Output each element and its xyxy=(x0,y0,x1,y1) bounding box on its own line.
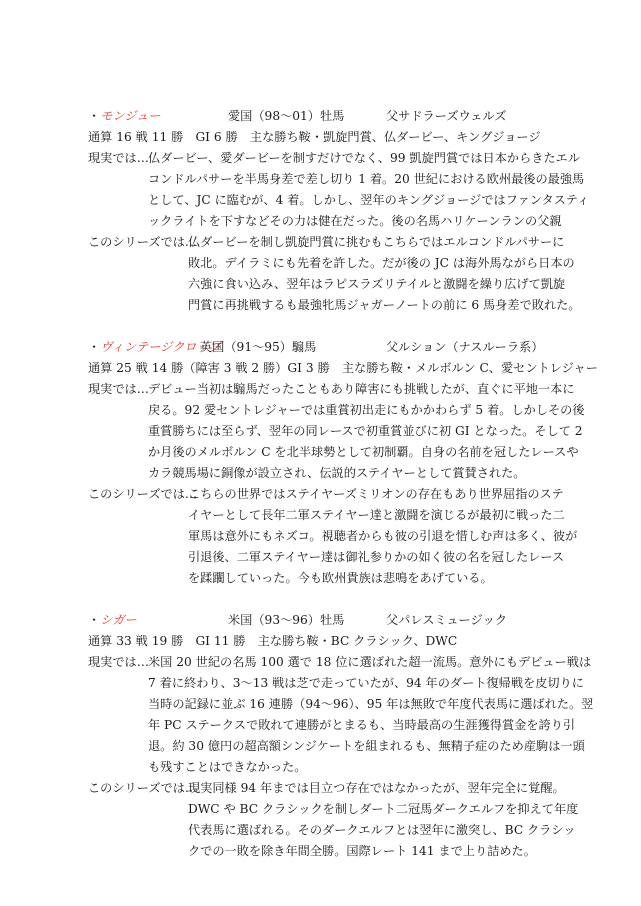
paragraph-text: 現実同様 94 年までは目立つ存在ではなかったが、翌年完全に覚醒。 xyxy=(188,781,565,795)
paragraph-line: カラ競馬場に銅像が設立され、伝説的ステイヤーとして賞賛された。 xyxy=(88,463,558,484)
paragraph-text: を蹂躙していった。今も欧州貴族は悲鳴をあげている。 xyxy=(188,571,493,585)
paragraph-text: 軍馬は意外にもネズコ。視聴者からも彼の引退を惜しむ声は多く、彼が xyxy=(188,529,577,543)
paragraph-line: ックライトを下すなどその力は健在だった。後の名馬ハリケーンランの父親 xyxy=(88,211,558,232)
paragraph-text: 重賞勝ちには至らず、翌年の同レースで初重賞並びに初 GI となった。そして 2 xyxy=(148,424,583,438)
paragraph-label: 現実では… xyxy=(88,379,148,400)
paragraph-line: 当時の記録に並ぶ 16 連勝（94～96）、95 年は無敗で年度代表馬に選ばれた… xyxy=(88,694,558,715)
paragraph-text: も残すことはできなかった。 xyxy=(148,760,306,774)
paragraph-label: 現実では… xyxy=(88,652,148,673)
paragraph-line: 代表馬に選ばれる。そのダークエルフとは翌年に激突し、BC クラシッ xyxy=(88,820,558,841)
paragraph-label: 現実では… xyxy=(88,148,148,169)
race-record: 通算 33 戦 19 勝 GI 11 勝 主な勝ち鞍・BC クラシック、DWC xyxy=(88,631,558,652)
paragraph-line: も残すことはできなかった。 xyxy=(88,757,558,778)
bullet-marker: ・ xyxy=(88,106,100,127)
entry-header: ・シガー米国（93～96）牡馬父パレスミュージック xyxy=(88,610,558,631)
horse-entry: ・モンジュー愛国（98～01）牡馬父サドラーズウェルズ通算 16 戦 11 勝 … xyxy=(88,106,558,316)
paragraph-text: か月後のメルボルン C を北半球勢として初制覇。自身の名前を冠したレースや xyxy=(148,445,579,459)
horse-sire: 父パレスミュージック xyxy=(386,610,507,631)
paragraph-line: DWC や BC クラシックを制しダート二冠馬ダークエルフを抑えて年度 xyxy=(88,799,558,820)
race-record: 通算 25 戦 14 勝（障害 3 戦 2 勝）GI 3 勝 主な勝ち鞍・メルボ… xyxy=(88,358,558,379)
entry-header: ・モンジュー愛国（98～01）牡馬父サドラーズウェルズ xyxy=(88,106,558,127)
reality-paragraph: 現実では…仏ダービー、愛ダービーを制すだけでなく、99 凱旋門賞では日本からきた… xyxy=(88,148,558,232)
paragraph-text: として、JC に臨むが、4 着。しかし、翌年のキングジョージではファンタスティ xyxy=(148,193,589,207)
paragraph-text: DWC や BC クラシックを制しダート二冠馬ダークエルフを抑えて年度 xyxy=(188,802,578,816)
paragraph-text: 当時の記録に並ぶ 16 連勝（94～96）、95 年は無敗で年度代表馬に選ばれた… xyxy=(148,697,593,711)
paragraph-text: コンドルパサーを半馬身差で差し切り 1 着。20 世紀における欧州最後の最強馬 xyxy=(148,172,584,186)
series-paragraph: このシリーズでは…仏ダービーを制し凱旋門賞に挑むもこちらではエルコンドルパサーに… xyxy=(88,232,558,316)
document-page: ・モンジュー愛国（98～01）牡馬父サドラーズウェルズ通算 16 戦 11 勝 … xyxy=(88,106,558,883)
paragraph-line: 戻る。92 愛セントレジャーでは重賞初出走にもかかわらず 5 着。しかしその後 xyxy=(88,400,558,421)
paragraph-label: このシリーズでは… xyxy=(88,778,188,799)
reality-paragraph: 現実では…米国 20 世紀の名馬 100 選で 18 位に選ばれた超一流馬。意外… xyxy=(88,652,558,778)
paragraph-line: 7 着に終わり、3～13 戦は芝で走っていたが、94 年のダート復帰戦を皮切りに xyxy=(88,673,558,694)
paragraph-text: ックライトを下すなどその力は健在だった。後の名馬ハリケーンランの父親 xyxy=(148,214,562,228)
horse-name: モンジュー xyxy=(100,109,160,123)
horse-entry: ・ヴィンテージクロップ英国（91～95）騸馬父ルション（ナスルーラ系）通算 25… xyxy=(88,337,558,589)
horse-origin: 英国（91～95）騸馬 xyxy=(200,337,316,358)
paragraph-line: 六強に食い込み、翌年はラピスラズリテイルと激闘を繰り広げて凱旋 xyxy=(88,274,558,295)
paragraph-text: イヤーとして長年二軍ステイヤー達と激闘を演じるが最初に戦った二 xyxy=(188,508,565,522)
paragraph-text: 退。約 30 億円の超高額シンジケートを組まれるも、無精子症のため産駒は一頭 xyxy=(148,739,585,753)
paragraph-label: このシリーズでは… xyxy=(88,484,188,505)
paragraph-text: 門賞に再挑戦するも最強牝馬ジャガーノートの前に 6 馬身差で敗れた。 xyxy=(188,298,580,312)
horse-sire: 父サドラーズウェルズ xyxy=(386,106,506,127)
bullet-marker: ・ xyxy=(88,337,100,358)
series-paragraph: このシリーズでは…現実同様 94 年までは目立つ存在ではなかったが、翌年完全に覚… xyxy=(88,778,558,862)
paragraph-line: として、JC に臨むが、4 着。しかし、翌年のキングジョージではファンタスティ xyxy=(88,190,558,211)
paragraph-line: イヤーとして長年二軍ステイヤー達と激闘を演じるが最初に戦った二 xyxy=(88,505,558,526)
paragraph-line: このシリーズでは…現実同様 94 年までは目立つ存在ではなかったが、翌年完全に覚… xyxy=(88,778,558,799)
paragraph-text: 六強に食い込み、翌年はラピスラズリテイルと激闘を繰り広げて凱旋 xyxy=(188,277,565,291)
horse-name: シガー xyxy=(100,613,137,627)
paragraph-line: コンドルパサーを半馬身差で差し切り 1 着。20 世紀における欧州最後の最強馬 xyxy=(88,169,558,190)
paragraph-line: 退。約 30 億円の超高額シンジケートを組まれるも、無精子症のため産駒は一頭 xyxy=(88,736,558,757)
paragraph-text: 敗北。デイラミにも先着を許した。だが後の JC は海外馬ながら日本の xyxy=(188,256,575,270)
paragraph-line: 門賞に再挑戦するも最強牝馬ジャガーノートの前に 6 馬身差で敗れた。 xyxy=(88,295,558,316)
paragraph-text: 引退後、二軍ステイヤー達は御礼参りかの如く彼の名を冠したレース xyxy=(188,550,564,564)
series-paragraph: このシリーズでは…こちらの世界ではステイヤーズミリオンの存在もあり世界屈指のステ… xyxy=(88,484,558,589)
paragraph-line: クでの一敗を除き年間全勝。国際レート 141 まで上り詰めた。 xyxy=(88,841,558,862)
paragraph-text: 米国 20 世紀の名馬 100 選で 18 位に選ばれた超一流馬。意外にもデビュ… xyxy=(148,655,591,669)
paragraph-line: このシリーズでは…仏ダービーを制し凱旋門賞に挑むもこちらではエルコンドルパサーに xyxy=(88,232,558,253)
horse-entry: ・シガー米国（93～96）牡馬父パレスミュージック通算 33 戦 19 勝 GI… xyxy=(88,610,558,862)
entry-header: ・ヴィンテージクロップ英国（91～95）騸馬父ルション（ナスルーラ系） xyxy=(88,337,558,358)
paragraph-line: 引退後、二軍ステイヤー達は御礼参りかの如く彼の名を冠したレース xyxy=(88,547,558,568)
horse-origin: 愛国（98～01）牡馬 xyxy=(228,106,344,127)
paragraph-line: 重賞勝ちには至らず、翌年の同レースで初重賞並びに初 GI となった。そして 2 xyxy=(88,421,558,442)
bullet-marker: ・ xyxy=(88,610,100,631)
paragraph-text: カラ競馬場に銅像が設立され、伝説的ステイヤーとして賞賛された。 xyxy=(148,466,525,480)
paragraph-label: このシリーズでは… xyxy=(88,232,188,253)
paragraph-line: このシリーズでは…こちらの世界ではステイヤーズミリオンの存在もあり世界屈指のステ xyxy=(88,484,558,505)
paragraph-text: 年 PC ステークスで敗れて連勝がとまるも、当時最高の生涯獲得賞金を誇り引 xyxy=(148,718,575,732)
horse-sire: 父ルション（ナスルーラ系） xyxy=(386,337,543,358)
paragraph-line: 現実では…デビュー当初は騸馬だったこともあり障害にも挑戦したが、直ぐに平地一本に xyxy=(88,379,558,400)
horse-origin: 米国（93～96）牡馬 xyxy=(228,610,344,631)
paragraph-line: 軍馬は意外にもネズコ。視聴者からも彼の引退を惜しむ声は多く、彼が xyxy=(88,526,558,547)
paragraph-text: 7 着に終わり、3～13 戦は芝で走っていたが、94 年のダート復帰戦を皮切りに xyxy=(148,676,584,690)
reality-paragraph: 現実では…デビュー当初は騸馬だったこともあり障害にも挑戦したが、直ぐに平地一本に… xyxy=(88,379,558,484)
paragraph-line: を蹂躙していった。今も欧州貴族は悲鳴をあげている。 xyxy=(88,568,558,589)
paragraph-line: か月後のメルボルン C を北半球勢として初制覇。自身の名前を冠したレースや xyxy=(88,442,558,463)
paragraph-text: 戻る。92 愛セントレジャーでは重賞初出走にもかかわらず 5 着。しかしその後 xyxy=(148,403,585,417)
paragraph-text: 仏ダービー、愛ダービーを制すだけでなく、99 凱旋門賞では日本からきたエル xyxy=(148,151,580,165)
paragraph-text: 仏ダービーを制し凱旋門賞に挑むもこちらではエルコンドルパサーに xyxy=(188,235,564,249)
paragraph-text: デビュー当初は騸馬だったこともあり障害にも挑戦したが、直ぐに平地一本に xyxy=(148,382,575,396)
paragraph-text: こちらの世界ではステイヤーズミリオンの存在もあり世界屈指のステ xyxy=(188,487,564,501)
paragraph-line: 現実では…米国 20 世紀の名馬 100 選で 18 位に選ばれた超一流馬。意外… xyxy=(88,652,558,673)
paragraph-line: 現実では…仏ダービー、愛ダービーを制すだけでなく、99 凱旋門賞では日本からきた… xyxy=(88,148,558,169)
paragraph-line: 年 PC ステークスで敗れて連勝がとまるも、当時最高の生涯獲得賞金を誇り引 xyxy=(88,715,558,736)
paragraph-text: クでの一敗を除き年間全勝。国際レート 141 まで上り詰めた。 xyxy=(188,844,536,858)
paragraph-line: 敗北。デイラミにも先着を許した。だが後の JC は海外馬ながら日本の xyxy=(88,253,558,274)
paragraph-text: 代表馬に選ばれる。そのダークエルフとは翌年に激突し、BC クラシッ xyxy=(188,823,576,837)
race-record: 通算 16 戦 11 勝 GI 6 勝 主な勝ち鞍・凱旋門賞、仏ダービー、キング… xyxy=(88,127,558,148)
